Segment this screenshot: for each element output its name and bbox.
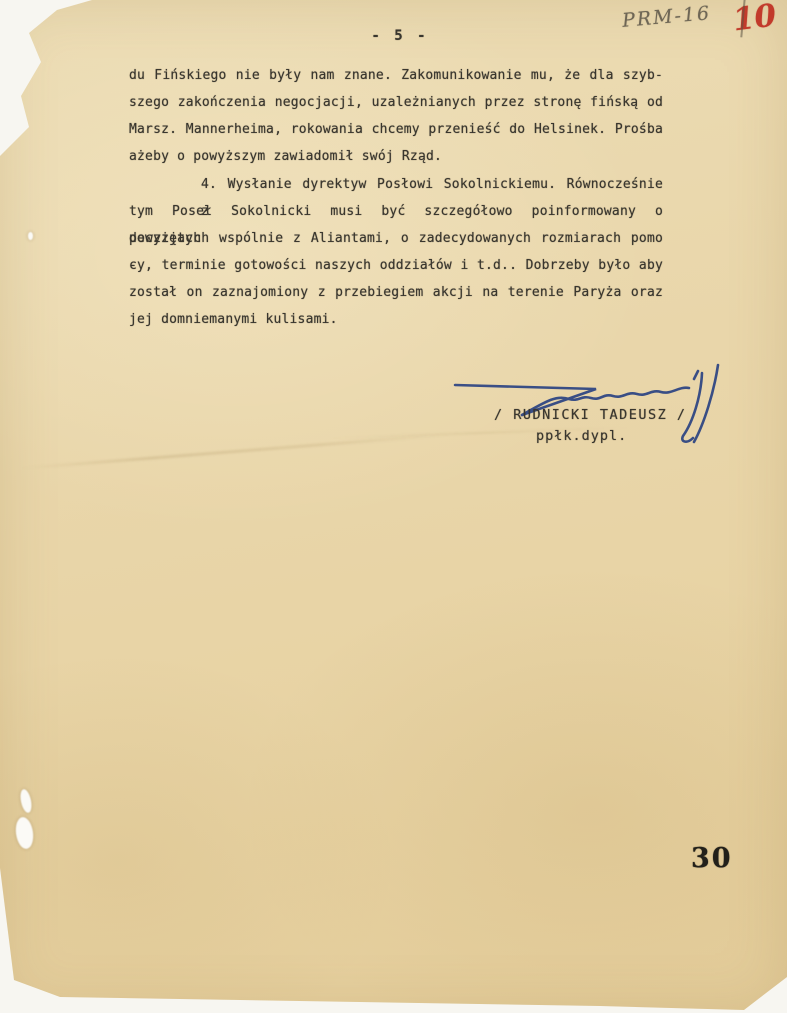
- text-line: cy, terminie gotowości naszych oddziałów…: [129, 252, 663, 279]
- text-line: jej domniemanymi kulisami.: [129, 306, 663, 333]
- text-line: tym Poseł Sokolnicki musi być szczegółow…: [129, 198, 663, 225]
- scanned-document-page: - 5 - PRM-16 10 du Fińskiego nie były na…: [0, 0, 787, 1013]
- paragraph-point-4: 4. Wysłanie dyrektyw Posłowi Sokolnickie…: [129, 171, 663, 333]
- text-line: Marsz. Mannerheima, rokowania chcemy prz…: [129, 116, 663, 143]
- text-line: został on zaznajomiony z przebiegiem akc…: [129, 279, 663, 306]
- paper-sheet: - 5 - PRM-16 10 du Fińskiego nie były na…: [0, 0, 787, 1013]
- text-line: powziętych wspólnie z Aliantami, o zadec…: [129, 225, 663, 252]
- typed-signatory-rank: ppłk.dypl.: [536, 428, 627, 444]
- paragraph-continuation: du Fińskiego nie były nam znane. Zakomun…: [129, 62, 663, 170]
- paper-hole: [19, 788, 34, 814]
- paper-hole: [28, 232, 33, 240]
- typed-signatory-name: / RUDNICKI TADEUSZ /: [494, 407, 687, 423]
- text-line: ażeby o powyższym zawiadomił swój Rząd.: [129, 143, 663, 170]
- text-line: du Fińskiego nie były nam znane. Zakomun…: [129, 62, 663, 89]
- archive-reference-handwritten: PRM-16: [621, 2, 712, 32]
- folio-number-red-handwritten: 10: [731, 0, 778, 38]
- text-line: szego zakończenia negocjacji, uzależnian…: [129, 89, 663, 116]
- text-line: 4. Wysłanie dyrektyw Posłowi Sokolnickie…: [129, 171, 663, 198]
- paper-hole: [14, 816, 35, 850]
- folio-stamp-number: 30: [691, 843, 733, 874]
- page-number-header: - 5 -: [330, 28, 470, 44]
- paper-crease: [21, 433, 450, 470]
